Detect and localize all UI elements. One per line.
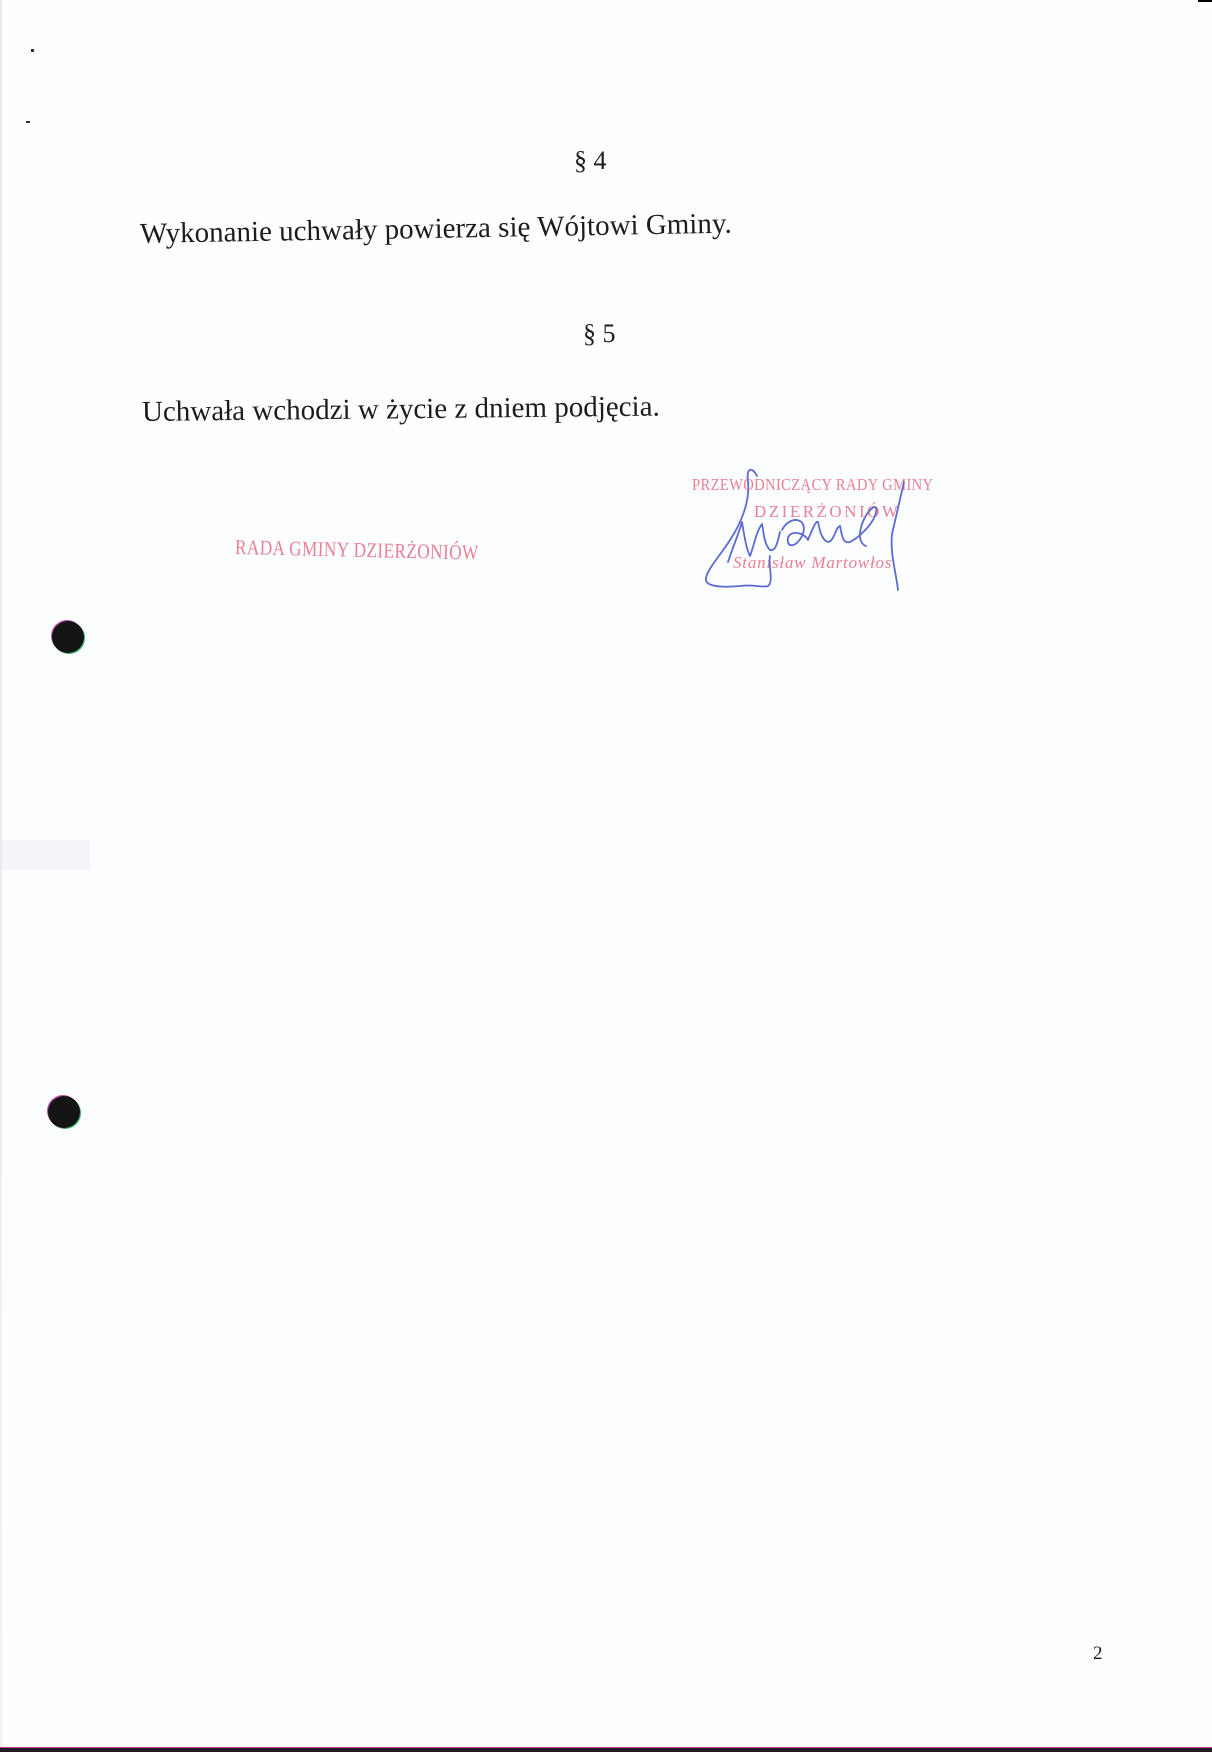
- scan-left-edge: [0, 0, 2, 1752]
- section-5-mark: § 5: [583, 321, 616, 347]
- council-stamp: RADA GMINY DZIERŻONIÓW: [235, 535, 479, 566]
- scan-bottom-edge: [0, 1747, 1212, 1752]
- section-4-mark: § 4: [574, 148, 607, 174]
- page-number: 2: [1093, 1643, 1103, 1665]
- signature-icon: [690, 460, 930, 600]
- scan-speck: [26, 121, 30, 123]
- scan-corner-mark: [1198, 0, 1212, 2]
- scan-speck: [31, 49, 34, 52]
- scan-shading: [0, 840, 90, 870]
- hole-punch-icon: [52, 621, 84, 653]
- scanned-document-page: § 4 Wykonanie uchwały powierza się Wójto…: [0, 0, 1212, 1752]
- section-4-text: Wykonanie uchwały powierza się Wójtowi G…: [140, 210, 732, 249]
- section-5-text: Uchwała wchodzi w życie z dniem podjęcia…: [142, 393, 660, 427]
- hole-punch-icon: [48, 1096, 80, 1128]
